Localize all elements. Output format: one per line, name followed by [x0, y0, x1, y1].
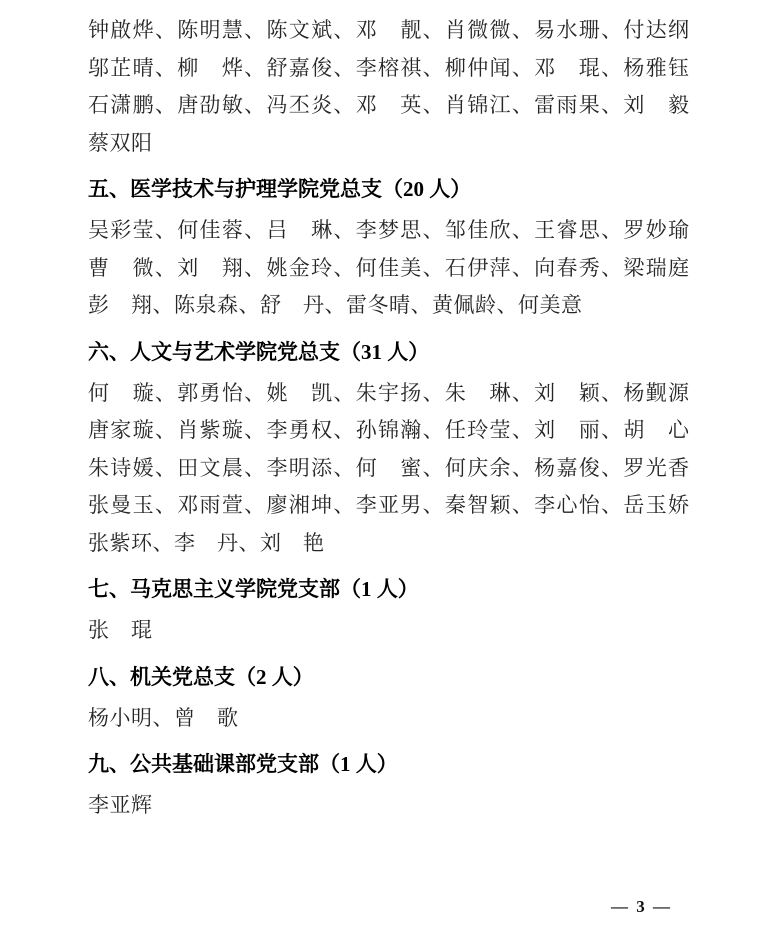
section-heading-5: 五、医学技术与护理学院党总支（20 人）: [88, 170, 689, 208]
name-line: 唐家璇、肖紫璇、李勇权、孙锦瀚、任玲莹、刘 丽、胡 心: [88, 412, 689, 450]
name-line: 石潇鹏、唐劭敏、冯丕炎、邓 英、肖锦江、雷雨果、刘 毅: [88, 87, 689, 125]
name-line: 张 琨: [88, 612, 689, 650]
section-heading-7: 七、马克思主义学院党支部（1 人）: [88, 570, 689, 608]
name-line: 张紫环、李 丹、刘 艳: [88, 525, 689, 563]
name-line: 朱诗媛、田文晨、李明添、何 蜜、何庆余、杨嘉俊、罗光香: [88, 450, 689, 488]
name-line: 邬芷晴、柳 烨、舒嘉俊、李榕祺、柳仲闻、邓 琨、杨雅钰: [88, 50, 689, 88]
name-line: 吴彩莹、何佳蓉、吕 琳、李梦思、邹佳欣、王睿思、罗妙瑜: [88, 212, 689, 250]
name-line: 李亚辉: [88, 787, 689, 825]
name-line: 张曼玉、邓雨萱、廖湘坤、李亚男、秦智颖、李心怡、岳玉娇: [88, 487, 689, 525]
document-content: 钟啟烨、陈明慧、陈文斌、邓 靓、肖微微、易水珊、付达纲 邬芷晴、柳 烨、舒嘉俊、…: [88, 12, 689, 825]
name-line: 杨小明、曾 歌: [88, 700, 689, 738]
document-page: 钟啟烨、陈明慧、陈文斌、邓 靓、肖微微、易水珊、付达纲 邬芷晴、柳 烨、舒嘉俊、…: [0, 0, 776, 934]
page-number: — 3 —: [611, 897, 672, 917]
name-line: 何 璇、郭勇怡、姚 凯、朱宇扬、朱 琳、刘 颖、杨觐源: [88, 375, 689, 413]
name-line: 彭 翔、陈泉森、舒 丹、雷冬晴、黄佩龄、何美意: [88, 287, 689, 325]
name-line: 曹 微、刘 翔、姚金玲、何佳美、石伊萍、向春秀、梁瑞庭: [88, 250, 689, 288]
name-line: 蔡双阳: [88, 125, 689, 163]
name-line: 钟啟烨、陈明慧、陈文斌、邓 靓、肖微微、易水珊、付达纲: [88, 12, 689, 50]
section-heading-9: 九、公共基础课部党支部（1 人）: [88, 745, 689, 783]
section-heading-6: 六、人文与艺术学院党总支（31 人）: [88, 333, 689, 371]
section-heading-8: 八、机关党总支（2 人）: [88, 658, 689, 696]
